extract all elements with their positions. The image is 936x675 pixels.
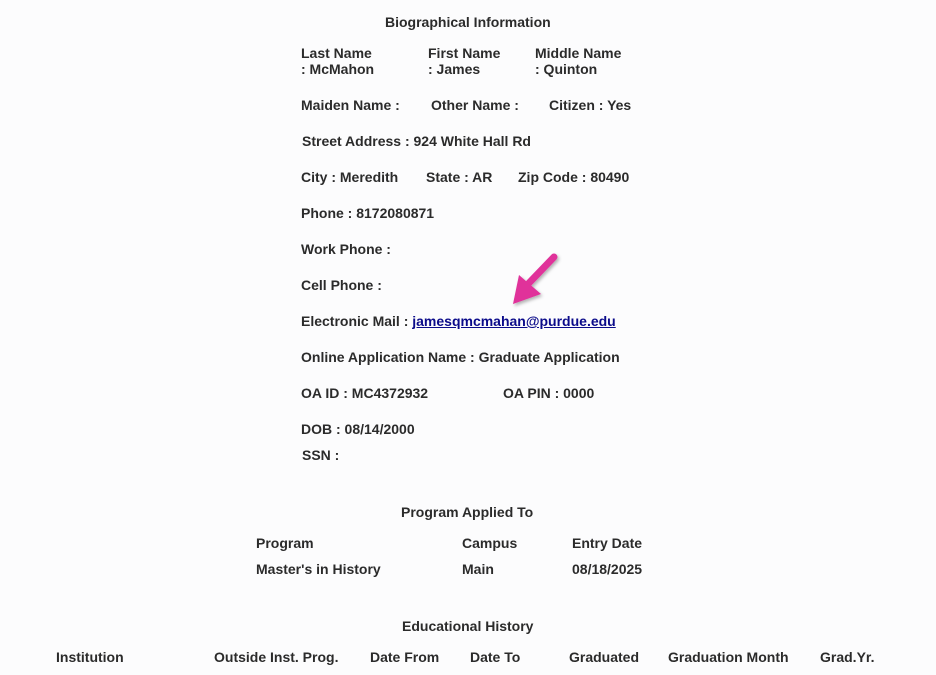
edu-header-date-from: Date From <box>370 649 439 665</box>
email-link[interactable]: jamesqmcmahan@purdue.edu <box>412 313 615 329</box>
middle-name-label: Middle Name <box>535 45 621 61</box>
state: State : AR <box>426 169 492 185</box>
program-cell-campus: Main <box>462 561 494 577</box>
program-header-campus: Campus <box>462 535 517 551</box>
oa-pin: OA PIN : 0000 <box>503 385 594 401</box>
section-title-program: Program Applied To <box>401 504 533 520</box>
oa-id: OA ID : MC4372932 <box>301 385 428 401</box>
last-name-value: : McMahon <box>301 61 374 77</box>
section-title-biographical: Biographical Information <box>385 14 551 30</box>
program-header-entry-date: Entry Date <box>572 535 642 551</box>
arrow-down-left-icon <box>505 250 565 310</box>
edu-header-grad-yr: Grad.Yr. <box>820 649 874 665</box>
edu-header-graduation-month: Graduation Month <box>668 649 789 665</box>
edu-header-graduated: Graduated <box>569 649 639 665</box>
program-header-program: Program <box>256 535 314 551</box>
dob: DOB : 08/14/2000 <box>301 421 415 437</box>
edu-header-institution: Institution <box>56 649 124 665</box>
ssn: SSN : <box>302 447 339 463</box>
citizen: Citizen : Yes <box>549 97 631 113</box>
first-name-value: : James <box>428 61 480 77</box>
other-name: Other Name : <box>431 97 519 113</box>
zip-code: Zip Code : 80490 <box>518 169 629 185</box>
section-title-education: Educational History <box>402 618 533 634</box>
program-cell-entry-date: 08/18/2025 <box>572 561 642 577</box>
email-row: Electronic Mail : jamesqmcmahan@purdue.e… <box>301 313 616 329</box>
city: City : Meredith <box>301 169 398 185</box>
middle-name-value: : Quinton <box>535 61 597 77</box>
edu-header-date-to: Date To <box>470 649 520 665</box>
maiden-name: Maiden Name : <box>301 97 400 113</box>
edu-header-outside-inst-prog: Outside Inst. Prog. <box>214 649 338 665</box>
email-label: Electronic Mail : <box>301 313 408 329</box>
last-name-label: Last Name <box>301 45 372 61</box>
work-phone: Work Phone : <box>301 241 391 257</box>
street-address: Street Address : 924 White Hall Rd <box>302 133 531 149</box>
online-application-name: Online Application Name : Graduate Appli… <box>301 349 620 365</box>
program-cell-program: Master's in History <box>256 561 381 577</box>
phone: Phone : 8172080871 <box>301 205 434 221</box>
cell-phone: Cell Phone : <box>301 277 382 293</box>
first-name-label: First Name <box>428 45 500 61</box>
